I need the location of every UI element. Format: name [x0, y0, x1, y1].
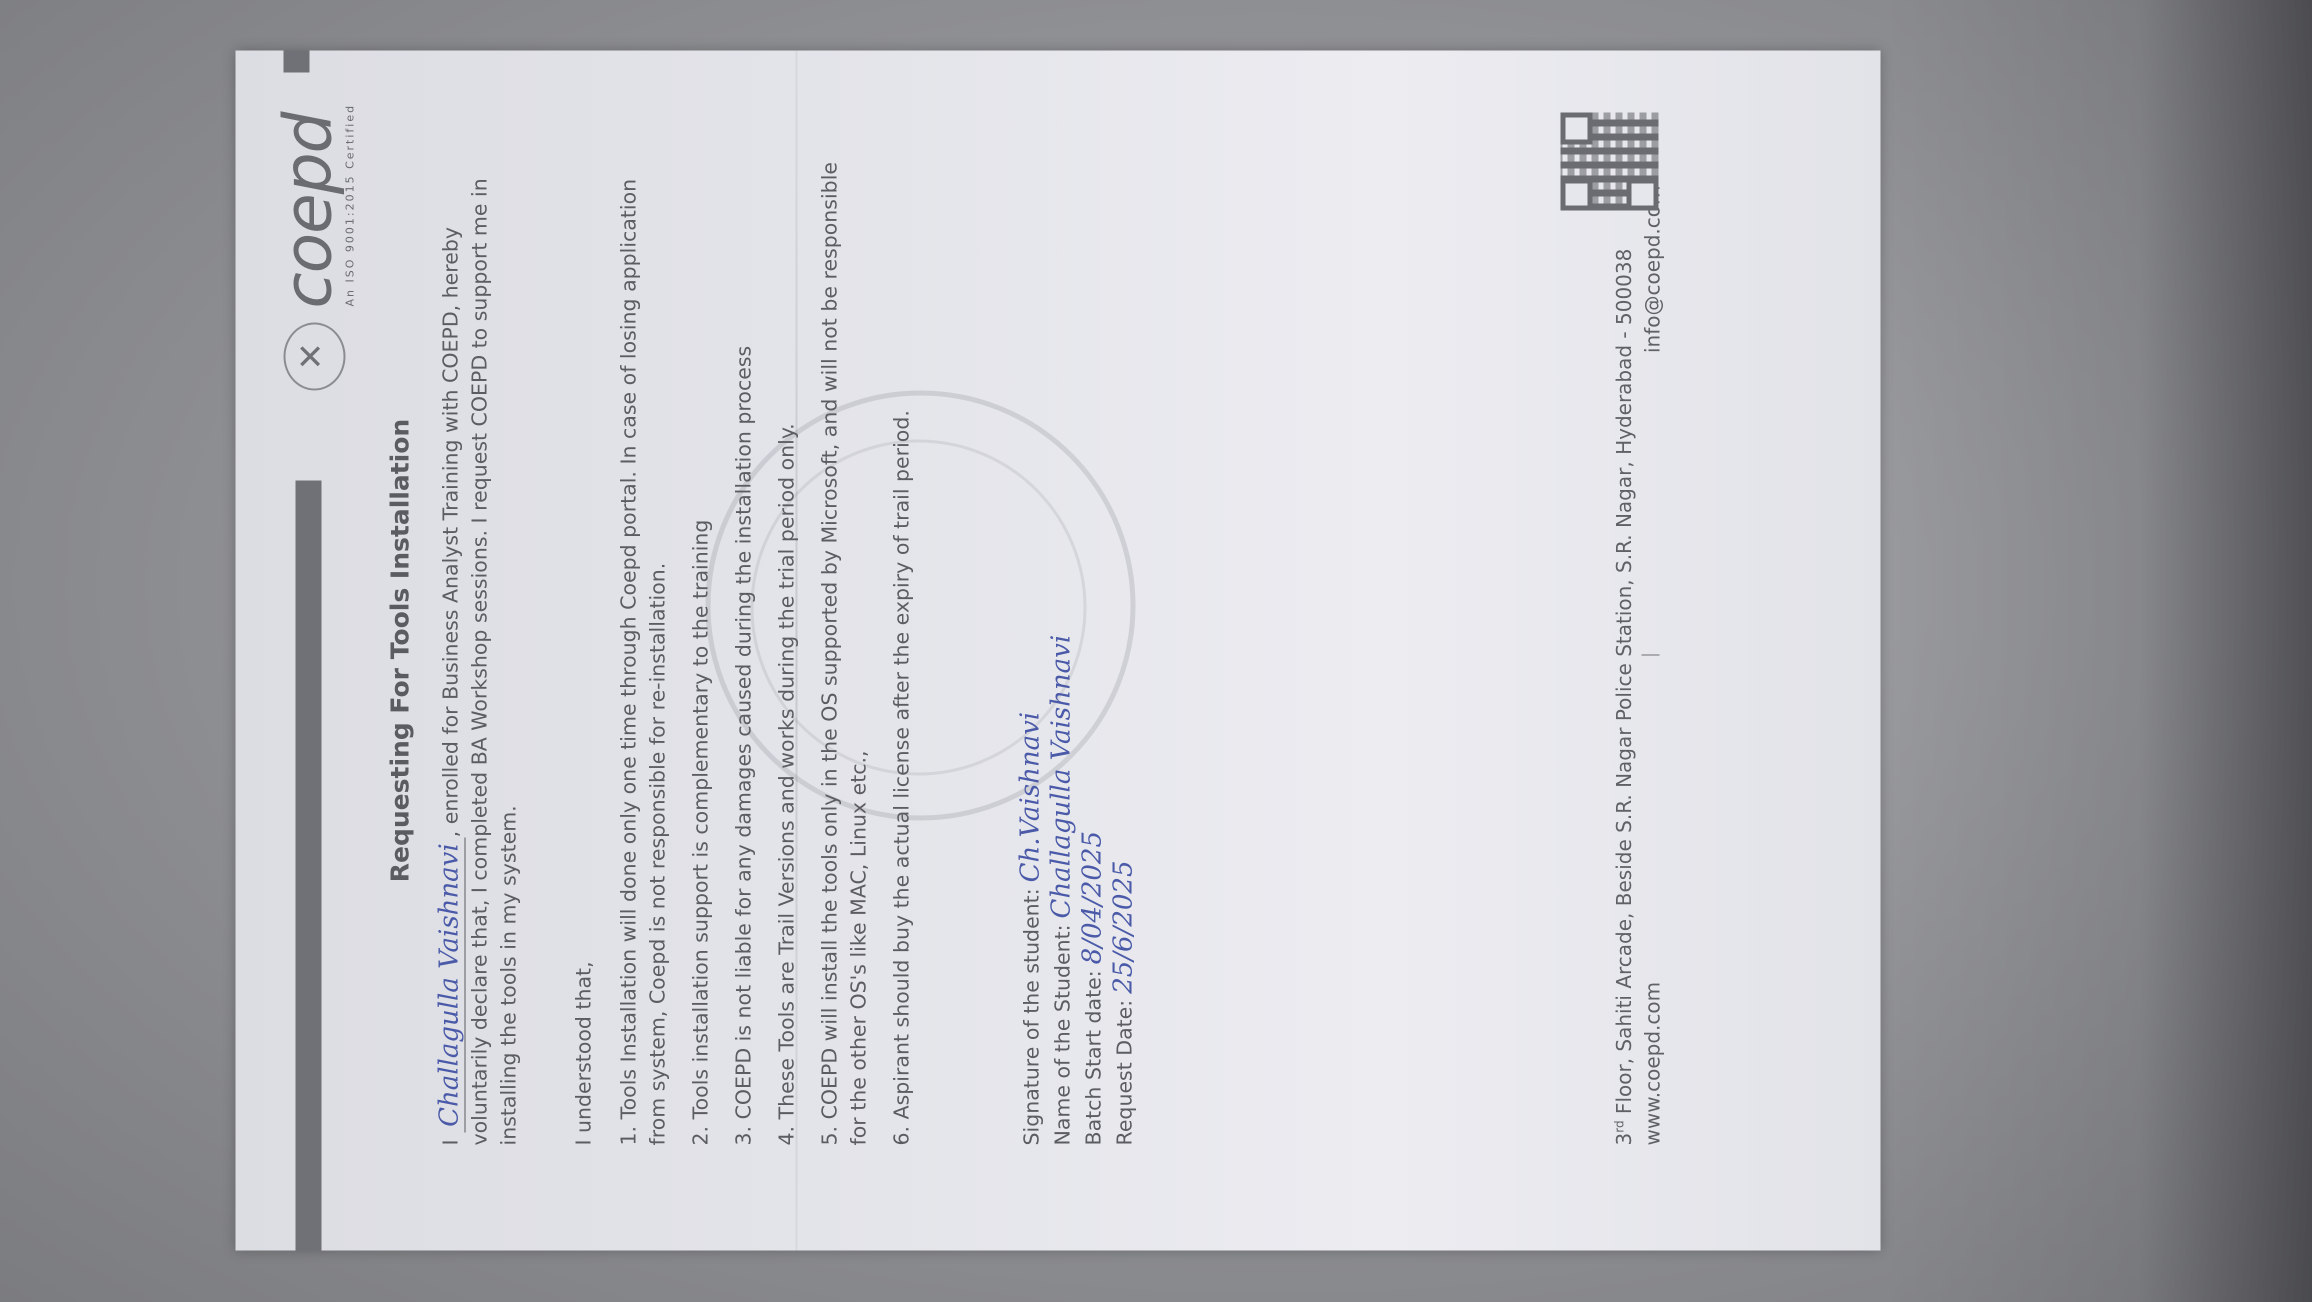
- header-bar: [296, 481, 322, 1251]
- signature-block: Signature of the student: Ch.Vaishnavi N…: [1016, 635, 1140, 1146]
- term-item: 2. Tools installation support is complem…: [687, 136, 716, 1146]
- logo-emblem-icon: ✕: [284, 323, 346, 391]
- document-page: ✕ coepd An ISO 9001:2015 Certified Reque…: [236, 51, 1881, 1251]
- footer-contacts: www.coepd.com info@coepd.com: [1638, 126, 1666, 1146]
- request-row: Request Date: 25/6/2025: [1109, 635, 1140, 1146]
- name-row: Name of the Student: Challagulla Vaishna…: [1047, 635, 1078, 1146]
- coepd-logo: ✕ coepd An ISO 9001:2015 Certified: [270, 91, 360, 391]
- intro-paragraph: I Challagulla Vaishnavi, enrolled for Bu…: [436, 136, 524, 1146]
- term-item: 4. These Tools are Trail Versions and wo…: [773, 136, 802, 1146]
- signature-value: Ch.Vaishnavi: [1016, 712, 1046, 882]
- batch-value: 8/04/2025: [1078, 831, 1108, 964]
- request-value: 25/6/2025: [1109, 860, 1139, 993]
- student-name-handwritten: Challagulla Vaishnavi: [435, 837, 466, 1133]
- footer-address: 3rd Floor, Sahiti Arcade, Beside S.R. Na…: [1606, 126, 1639, 1146]
- understood-heading: I understood that,: [570, 136, 599, 1146]
- logo-wordmark: coepd: [270, 112, 347, 308]
- name-label: Name of the Student:: [1048, 924, 1078, 1145]
- floor-suffix: rd: [1613, 1120, 1627, 1132]
- request-label: Request Date:: [1110, 1000, 1140, 1146]
- terms-list: 1. Tools Installation will done only one…: [615, 136, 917, 1146]
- signature-label: Signature of the student:: [1017, 888, 1047, 1145]
- header-bar-accent: [284, 51, 310, 73]
- footer-separator: [1642, 655, 1660, 656]
- term-item: 5. COEPD will install the tools only in …: [816, 136, 874, 1146]
- address-text: Floor, Sahiti Arcade, Beside S.R. Nagar …: [1612, 249, 1636, 1121]
- intro-prefix: I: [439, 1139, 463, 1145]
- name-value: Challagulla Vaishnavi: [1047, 635, 1077, 919]
- term-item: 3. COEPD is not liable for any damages c…: [730, 136, 759, 1146]
- term-item: 6. Aspirant should buy the actual licens…: [888, 136, 917, 1146]
- footer-website: www.coepd.com: [1638, 982, 1666, 1146]
- desk-shadow: [1880, 0, 2312, 1302]
- batch-label: Batch Start date:: [1079, 970, 1109, 1145]
- footer: 3rd Floor, Sahiti Arcade, Beside S.R. Na…: [1606, 126, 1667, 1146]
- footer-email: info@coepd.com: [1638, 186, 1666, 354]
- logo-tagline: An ISO 9001:2015 Certified: [344, 104, 357, 307]
- floor-number: 3: [1612, 1133, 1636, 1146]
- page-title: Requesting For Tools Installation: [386, 51, 415, 1251]
- document-body: I Challagulla Vaishnavi, enrolled for Bu…: [436, 136, 931, 1146]
- term-item: 1. Tools Installation will done only one…: [615, 136, 673, 1146]
- qr-code-icon: [1561, 113, 1659, 211]
- batch-row: Batch Start date: 8/04/2025: [1078, 635, 1109, 1146]
- signature-row: Signature of the student: Ch.Vaishnavi: [1016, 635, 1047, 1146]
